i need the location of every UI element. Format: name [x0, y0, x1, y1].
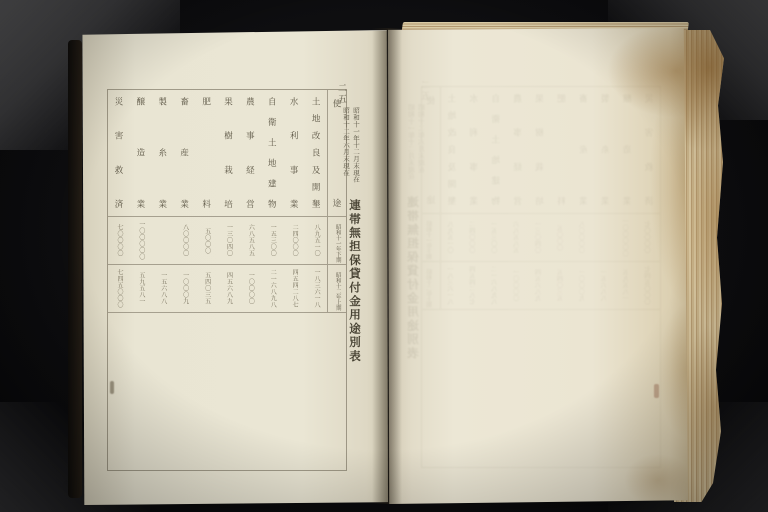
amount-cell: 二一六八九八: [485, 261, 507, 309]
category-header: 土地改良及開墾: [305, 90, 327, 216]
amount-cell: 五〇〇〇: [550, 213, 572, 261]
amount-cell: 七四五〇〇〇: [638, 261, 660, 309]
amount-cell: 一三〇四〇: [218, 216, 240, 264]
title-date-block: 昭和十一年十二月末現在 昭和十二年六月末現在: [408, 104, 428, 212]
category-header: 製糸業: [152, 90, 174, 216]
amount-cell: 四五六八九: [529, 261, 551, 309]
row-label: 昭和十二年上期: [327, 264, 346, 312]
report-title: 連帯無担保貸付金用途別表: [406, 196, 428, 378]
category-header: 畜産業: [572, 87, 594, 213]
right-page: 二五 昭和十一年十二月末現在 昭和十二年六月末現在 連帯無担保貸付金用途別表 使…: [388, 28, 688, 504]
amount-cell: 一五三〇〇: [261, 216, 283, 264]
amount-cell: 一五三〇〇: [485, 213, 507, 261]
amount-cell: 四五四二八七: [283, 264, 305, 312]
category-header: 災害救済: [108, 90, 130, 216]
amount-cell: 一八三六一八: [441, 261, 463, 309]
empty-table-band: [422, 309, 660, 467]
amount-cell: 四五六八九: [218, 264, 240, 312]
aging-stains: [388, 28, 688, 504]
book-cover-edge: [68, 40, 82, 498]
amount-cell: 一〇〇〇〇〇: [616, 213, 638, 261]
amount-cell: 一〇〇〇九: [174, 264, 196, 312]
category-header: 果樹栽培: [218, 90, 240, 216]
table-corner-header: 使途: [327, 90, 346, 216]
amount-cell: 一三〇四〇: [529, 213, 551, 261]
page-number: 二五: [419, 80, 432, 102]
amount-cell: 一五六八八: [152, 264, 174, 312]
category-header: 自衛土地建物: [485, 87, 507, 213]
title-date-line-2: 昭和十二年六月末現在: [418, 104, 428, 212]
amount-cell: 七〇〇〇〇: [108, 216, 130, 264]
amount-cell: 二一六八九八: [261, 264, 283, 312]
amount-cell: 五四〇三五: [196, 264, 218, 312]
amount-cell: 八九五一〇: [441, 213, 463, 261]
amount-cell: 四五四二八七: [463, 261, 485, 309]
amount-cell: 一〇〇〇〇: [239, 264, 261, 312]
row-label: 昭和十二年上期: [422, 261, 441, 309]
category-header: 災害救済: [638, 87, 660, 213]
table-corner-header: 使途: [422, 87, 441, 213]
amount-cell: 五〇〇〇: [196, 216, 218, 264]
sheet-mark-right: [654, 384, 659, 398]
ledger-table: 使途 土地改良及開墾 水利事業 自衛土地建物 農事経営 果樹栽培 肥料 畜産業 …: [107, 89, 347, 471]
left-page: 二五 昭和十一年十二月末現在 昭和十二年六月末現在 連帯無担保貸付金用途別表 使…: [80, 30, 388, 505]
amount-cell: 二四〇〇〇: [283, 216, 305, 264]
amount-cell: 二四〇〇〇: [463, 213, 485, 261]
amount-cell: 八〇〇〇〇: [174, 216, 196, 264]
category-header: 果樹栽培: [529, 87, 551, 213]
category-header: 製糸業: [594, 87, 616, 213]
amount-cell: 五九五八一: [130, 264, 152, 312]
amount-cell: 八九五一〇: [305, 216, 327, 264]
left-page-content: 二五 昭和十一年十二月末現在 昭和十二年六月末現在 連帯無担保貸付金用途別表 使…: [388, 28, 688, 504]
sheet-mark-left: [110, 381, 114, 394]
left-page-content: 二五 昭和十一年十二月末現在 昭和十二年六月末現在 連帯無担保貸付金用途別表 使…: [80, 31, 388, 505]
amount-cell: 五九五八一: [616, 261, 638, 309]
amount-cell: 一〇〇〇九: [572, 261, 594, 309]
row-label: 昭和十一年下期: [422, 213, 441, 261]
category-header: 醸造業: [616, 87, 638, 213]
empty-table-band: [108, 312, 346, 470]
row-label: 昭和十一年下期: [327, 216, 346, 264]
amount-cell: [594, 213, 616, 261]
ledger-table: 使途 土地改良及開墾 水利事業 自衛土地建物 農事経営 果樹栽培 肥料 畜産業 …: [421, 86, 661, 468]
amount-cell: 七〇〇〇〇: [638, 213, 660, 261]
amount-cell: 一五六八八: [594, 261, 616, 309]
amount-cell: 一〇〇〇〇〇: [130, 216, 152, 264]
category-header: 自衛土地建物: [261, 90, 283, 216]
bleed-through-ghost: 二五 昭和十一年十二月末現在 昭和十二年六月末現在 連帯無担保貸付金用途別表 使…: [388, 28, 688, 504]
category-header: 肥料: [196, 90, 218, 216]
amount-cell: [152, 216, 174, 264]
amount-cell: 八〇〇〇〇: [572, 213, 594, 261]
category-header: 土地改良及開墾: [441, 87, 463, 213]
category-header: 農事経営: [239, 90, 261, 216]
category-header: 醸造業: [130, 90, 152, 216]
amount-cell: 六八五八五: [239, 216, 261, 264]
amount-cell: 一〇〇〇〇: [507, 261, 529, 309]
amount-cell: 七四五〇〇〇: [108, 264, 130, 312]
category-header: 畜産業: [174, 90, 196, 216]
amount-cell: 五四〇三五: [550, 261, 572, 309]
category-header: 農事経営: [507, 87, 529, 213]
category-header: 水利事業: [463, 87, 485, 213]
category-header: 水利事業: [283, 90, 305, 216]
amount-cell: 一八三六一八: [305, 264, 327, 312]
category-header: 肥料: [550, 87, 572, 213]
title-date-line-1: 昭和十一年十二月末現在: [408, 104, 418, 212]
photo-stage: 二五 昭和十一年十二月末現在 昭和十二年六月末現在 連帯無担保貸付金用途別表 使…: [0, 0, 768, 512]
amount-cell: 六八五八五: [507, 213, 529, 261]
